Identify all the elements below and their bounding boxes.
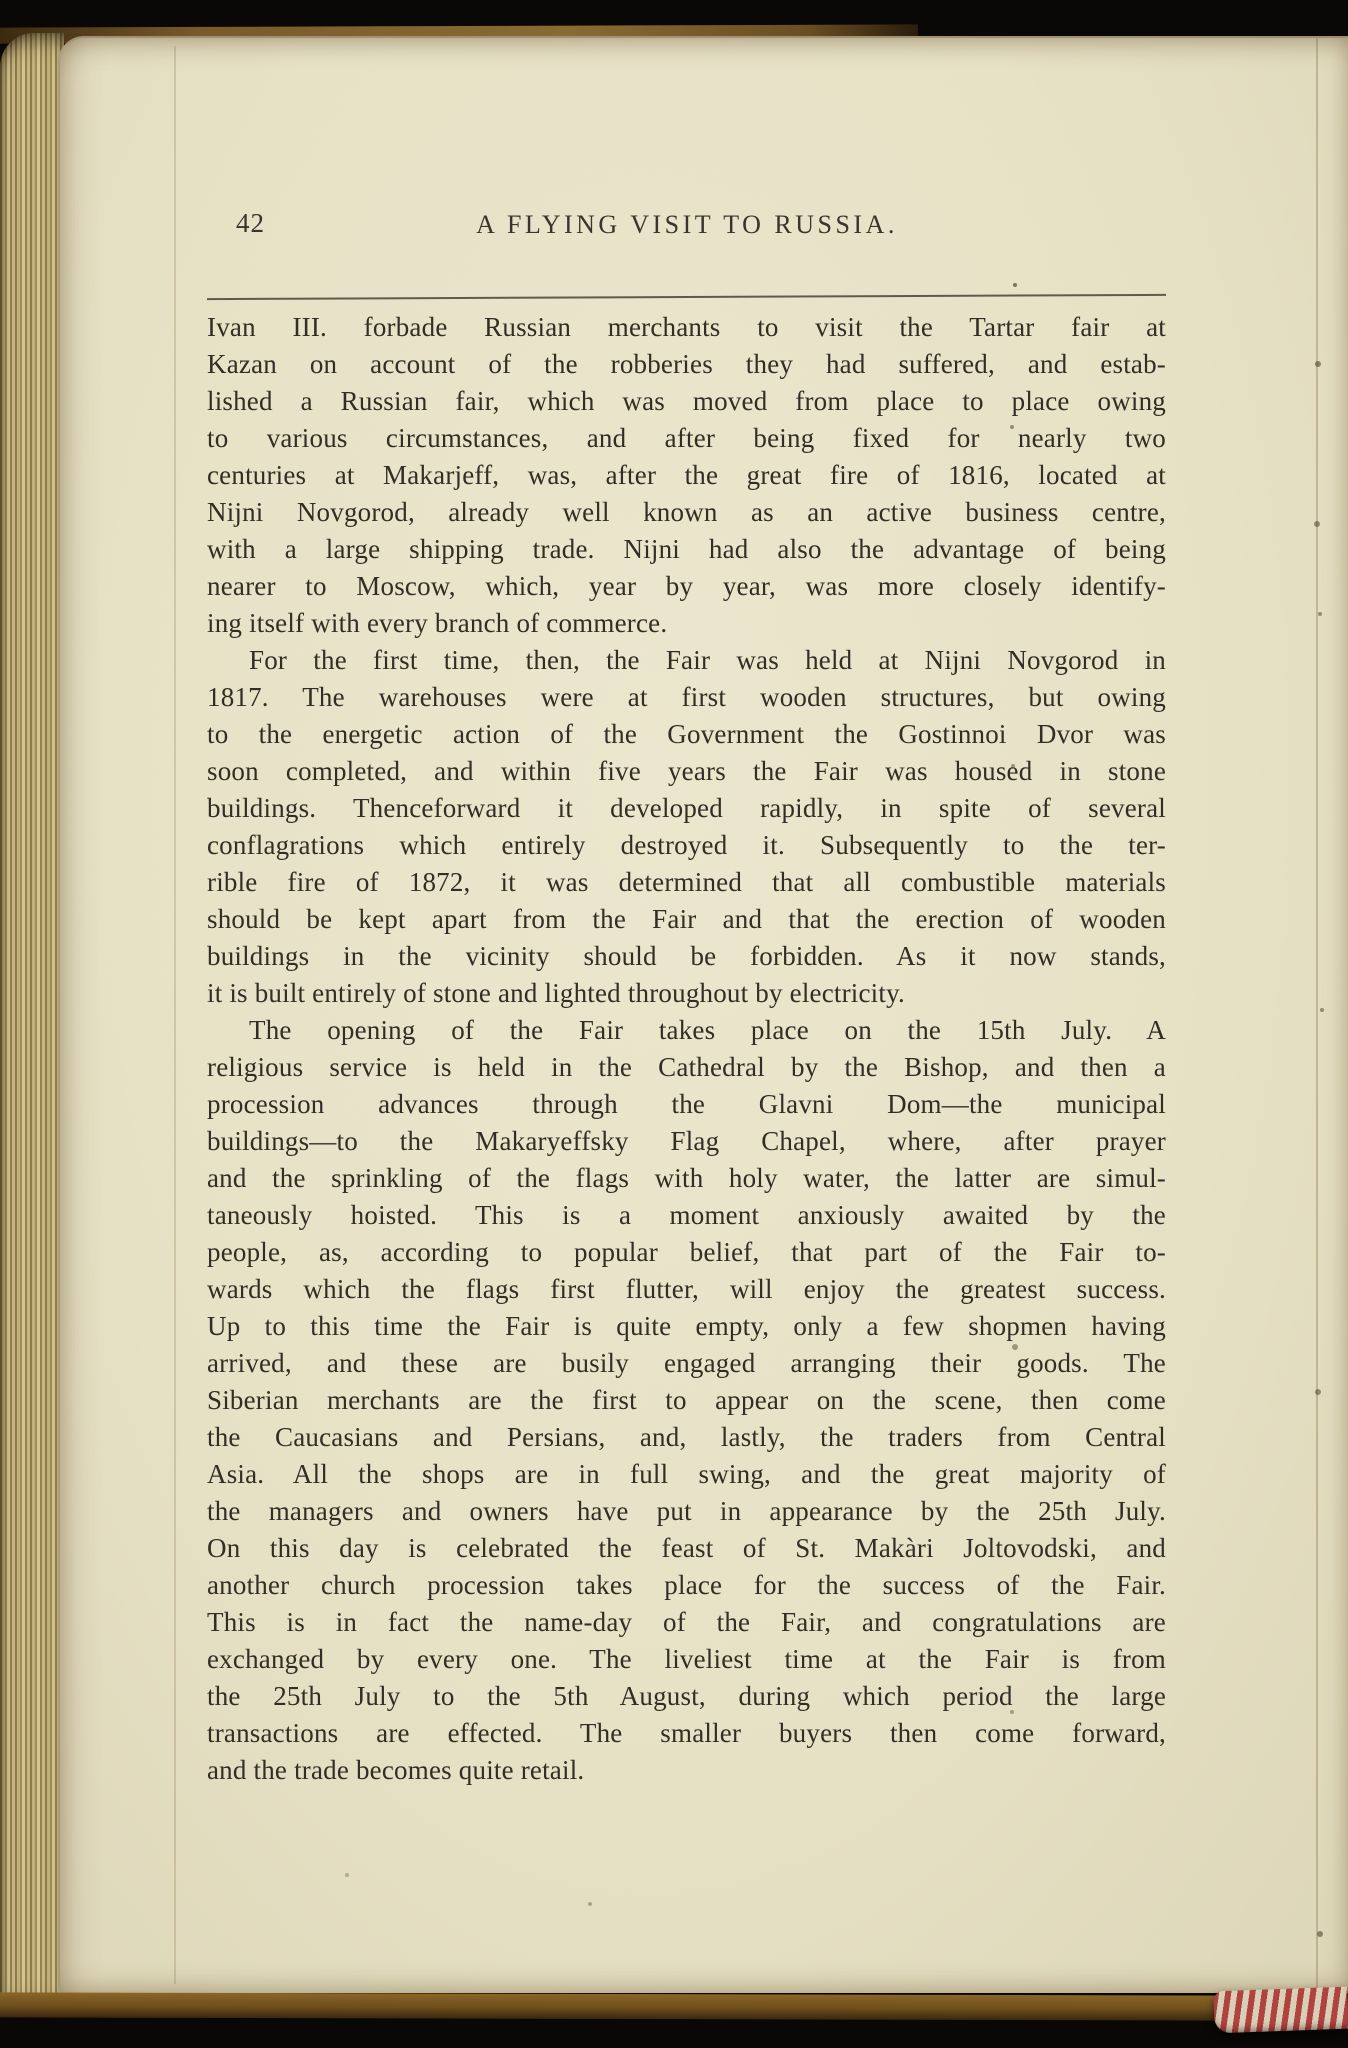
text-line: The opening of the Fair takes place on t… — [207, 1012, 1166, 1049]
endband — [1213, 1987, 1348, 2034]
text-line: taneously hoisted. This is a moment anxi… — [207, 1197, 1166, 1234]
paragraph: The opening of the Fair takes place on t… — [207, 1012, 1166, 1789]
text-line: the managers and owners have put in appe… — [207, 1493, 1166, 1530]
text-line: centuries at Makarjeff, was, after the g… — [207, 457, 1166, 494]
scan-specks — [0, 0, 4, 4]
text-line: religious service is held in the Cathedr… — [207, 1049, 1166, 1086]
text-line: to various circumstances, and after bein… — [207, 420, 1166, 457]
book-scan: 42 A FLYING VISIT TO RUSSIA. Ivan III. f… — [0, 0, 1348, 2048]
running-title: A FLYING VISIT TO RUSSIA. — [208, 208, 1166, 242]
text-line: Ivan III. forbade Russian merchants to v… — [207, 309, 1166, 346]
text-line: buildings in the vicinity should be forb… — [207, 938, 1166, 975]
text-line: conflagrations which entirely destroyed … — [207, 827, 1166, 864]
paragraph: For the first time, then, the Fair was h… — [207, 642, 1166, 1012]
text-line: lished a Russian fair, which was moved f… — [207, 383, 1166, 420]
text-line: Up to this time the Fair is quite empty,… — [207, 1308, 1166, 1345]
text-line: another church procession takes place fo… — [207, 1567, 1166, 1604]
text-line: transactions are effected. The smaller b… — [207, 1715, 1166, 1752]
text-line: with a large shipping trade. Nijni had a… — [207, 531, 1166, 568]
text-line: buildings. Thenceforward it developed ra… — [207, 790, 1166, 827]
cover-bottom-edge — [0, 1992, 1232, 2020]
text-line: rible fire of 1872, it was determined th… — [207, 864, 1166, 901]
text-line: buildings—to the Makaryeffsky Flag Chape… — [207, 1123, 1166, 1160]
text-line: Siberian merchants are the first to appe… — [207, 1382, 1166, 1419]
text-line: ing itself with every branch of commerce… — [207, 605, 1166, 642]
text-line: soon completed, and within five years th… — [207, 753, 1166, 790]
text-line: and the sprinkling of the flags with hol… — [207, 1160, 1166, 1197]
left-margin-crease — [174, 46, 176, 1984]
page-edge-stack — [0, 33, 64, 2012]
text-line: Kazan on account of the robberies they h… — [207, 346, 1166, 383]
right-page-crease — [1316, 38, 1318, 1990]
text-line: should be kept apart from the Fair and t… — [207, 901, 1166, 938]
text-line: This is in fact the name-day of the Fair… — [207, 1604, 1166, 1641]
text-line: people, as, according to popular belief,… — [207, 1234, 1166, 1271]
text-line: Asia. All the shops are in full swing, a… — [207, 1456, 1166, 1493]
text-line: Nijni Novgorod, already well known as an… — [207, 494, 1166, 531]
text-line: 1817. The warehouses were at first woode… — [207, 679, 1166, 716]
text-line: exchanged by every one. The liveliest ti… — [207, 1641, 1166, 1678]
text-line: nearer to Moscow, which, year by year, w… — [207, 568, 1166, 605]
text-line: arrived, and these are busily engaged ar… — [207, 1345, 1166, 1382]
paragraph: Ivan III. forbade Russian merchants to v… — [207, 309, 1166, 642]
text-line: the Caucasians and Persians, and, lastly… — [207, 1419, 1166, 1456]
text-line: wards which the flags first flutter, wil… — [207, 1271, 1166, 1308]
text-line: On this day is celebrated the feast of S… — [207, 1530, 1166, 1567]
text-line: For the first time, then, the Fair was h… — [207, 642, 1166, 679]
text-line: to the energetic action of the Governmen… — [207, 716, 1166, 753]
text-line: it is built entirely of stone and lighte… — [207, 975, 1166, 1012]
text-line: and the trade becomes quite retail. — [207, 1752, 1166, 1789]
text-block: Ivan III. forbade Russian merchants to v… — [207, 309, 1166, 1789]
text-line: procession advances through the Glavni D… — [207, 1086, 1166, 1123]
text-line: the 25th July to the 5th August, during … — [207, 1678, 1166, 1715]
